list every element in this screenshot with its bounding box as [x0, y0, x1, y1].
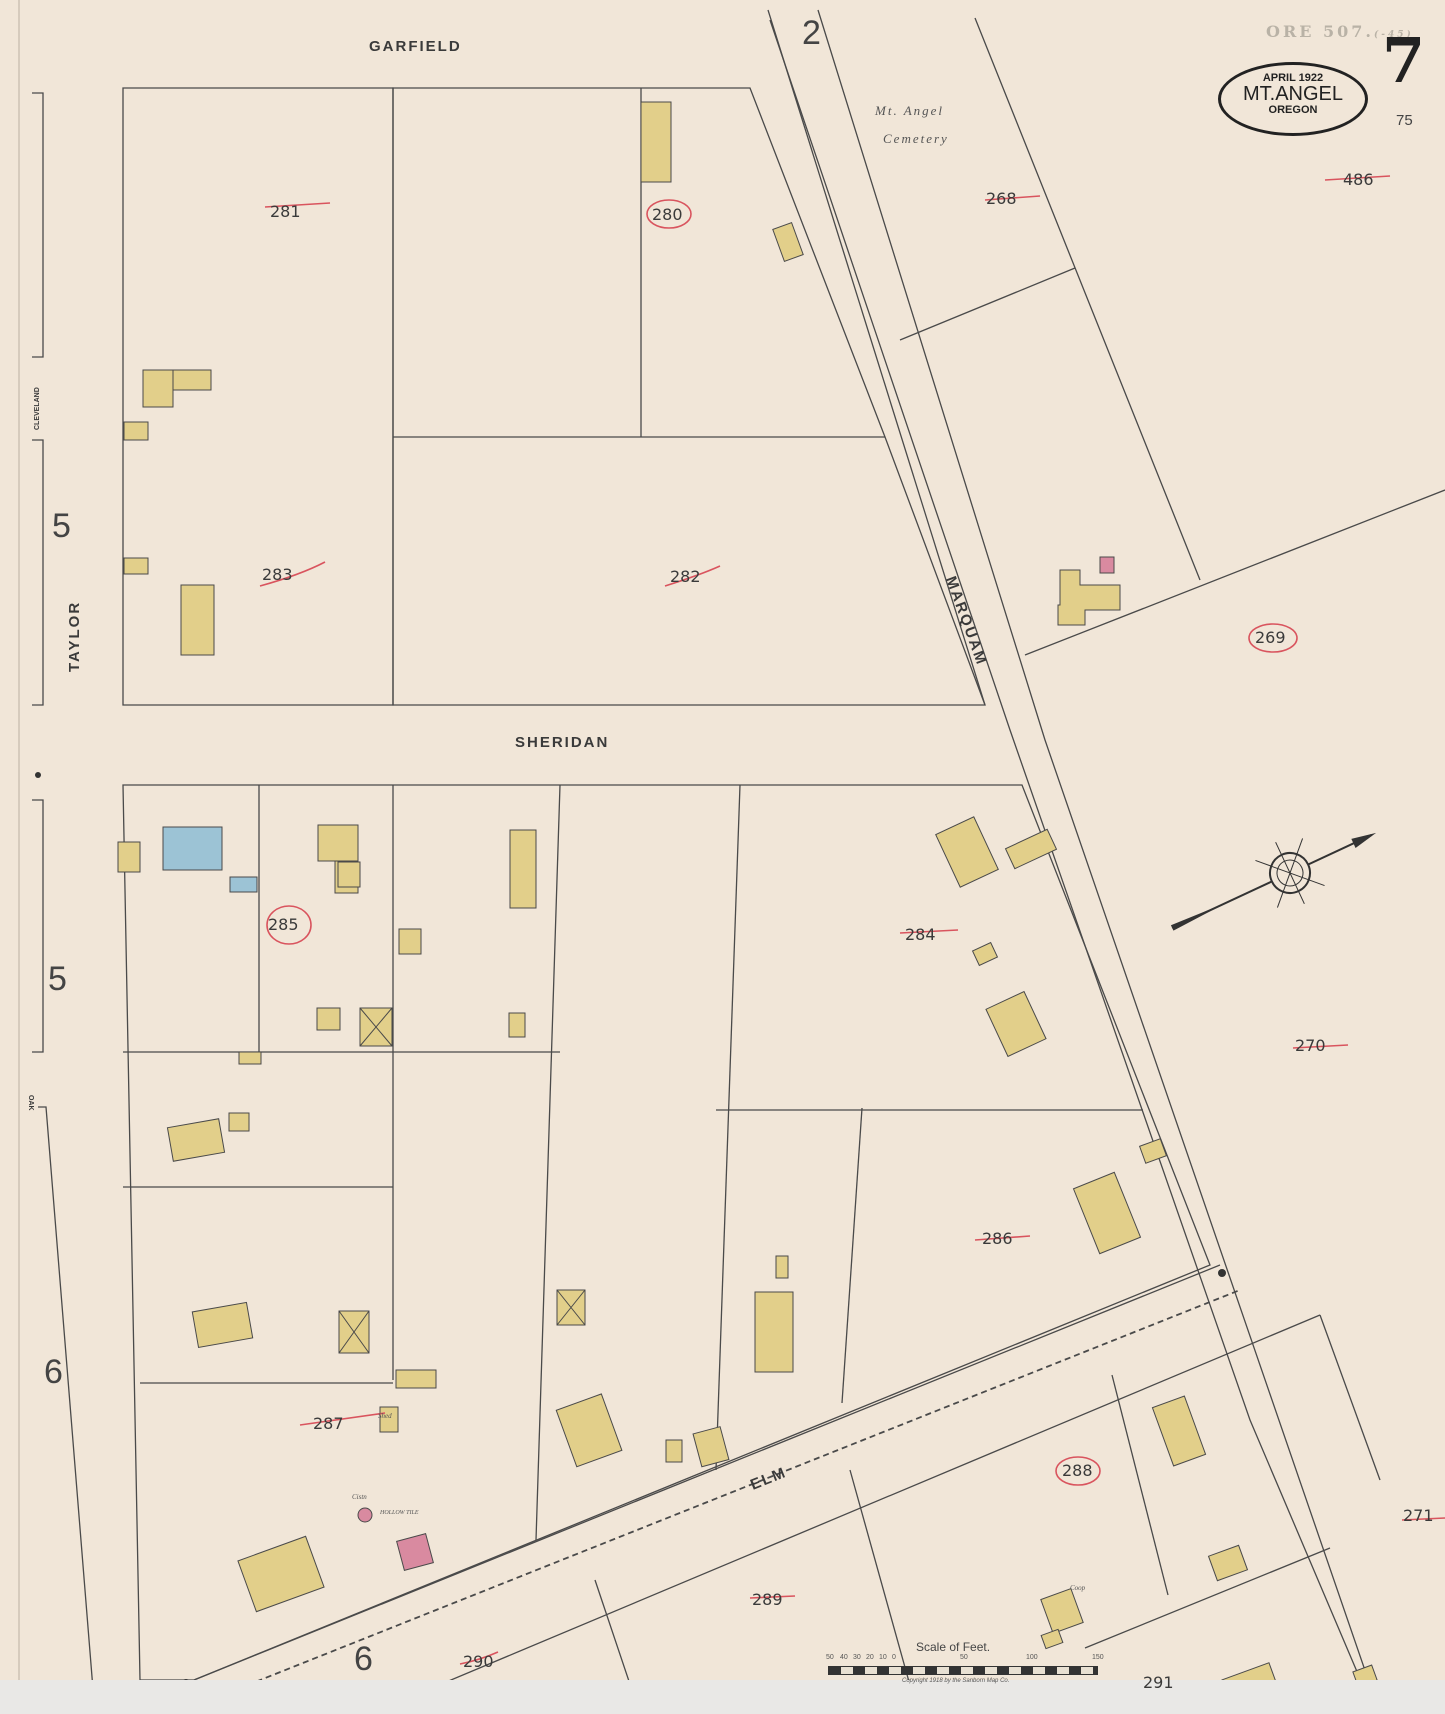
block-289[interactable]: 289 — [752, 1590, 783, 1609]
building — [1152, 1396, 1205, 1466]
cemetery-label-line2: Cemetery — [883, 131, 949, 147]
concrete-building — [163, 827, 222, 870]
brick-building — [397, 1534, 434, 1571]
street-garfield: GARFIELD — [369, 38, 462, 55]
street-taylor: TAYLOR — [66, 601, 83, 672]
copyright-note: Copyright 1918 by the Sanborn Map Co. — [902, 1678, 1009, 1684]
map-city: MT.ANGEL — [1221, 84, 1365, 104]
building — [143, 370, 173, 407]
building — [229, 1113, 249, 1131]
map-sheet: ORE 507.(-45) APRIL 1922 MT.ANGEL OREGON… — [0, 0, 1445, 1680]
scale-bar — [828, 1666, 1098, 1675]
block-290[interactable]: 290 — [463, 1652, 494, 1671]
building — [776, 1256, 788, 1278]
building — [986, 992, 1046, 1057]
block-286[interactable]: 286 — [982, 1229, 1013, 1248]
building — [167, 1119, 224, 1162]
building — [192, 1302, 252, 1347]
sheet-ref-2[interactable]: 2 — [802, 14, 821, 53]
block-271[interactable]: 271 — [1403, 1506, 1434, 1525]
shed-label: Shed — [378, 1412, 392, 1420]
sheet-ref-5-lower[interactable]: 5 — [48, 960, 67, 999]
block-283[interactable]: 283 — [262, 565, 293, 584]
block-285[interactable]: 285 — [268, 915, 299, 934]
building — [1041, 1589, 1083, 1634]
block-284[interactable]: 284 — [905, 925, 936, 944]
scale-of-feet: Scale of Feet. 50 40 30 20 10 0 50 100 1… — [826, 1640, 1126, 1680]
building — [973, 943, 998, 966]
coop-label: Coop — [1070, 1584, 1085, 1592]
building — [238, 1536, 324, 1611]
building — [1073, 1172, 1140, 1253]
map-drawing — [0, 0, 1445, 1680]
building — [317, 1008, 340, 1030]
building — [181, 585, 214, 655]
block-287[interactable]: 287 — [313, 1414, 344, 1433]
block-288[interactable]: 288 — [1062, 1461, 1093, 1480]
sheet-ref-5-upper[interactable]: 5 — [52, 507, 71, 546]
building — [509, 1013, 525, 1037]
cistern — [358, 1508, 372, 1522]
building — [239, 1052, 261, 1064]
hydrant-dot — [1218, 1269, 1226, 1277]
building — [124, 422, 148, 440]
brick-building — [1100, 557, 1114, 573]
building — [124, 558, 148, 574]
block-268[interactable]: 268 — [986, 189, 1017, 208]
building — [556, 1394, 622, 1467]
cemetery-label-line1: Mt. Angel — [875, 103, 944, 119]
building — [666, 1440, 682, 1462]
elm-south-line — [370, 1315, 1320, 1680]
building — [118, 842, 140, 872]
hollow-tile-label: HOLLOW TILE — [380, 1510, 419, 1516]
sheet-ref-6-left[interactable]: 6 — [44, 1353, 63, 1392]
building — [399, 929, 421, 954]
block-270[interactable]: 270 — [1295, 1036, 1326, 1055]
street-oak: OAK — [27, 1095, 34, 1111]
building — [510, 830, 536, 908]
cistern-label: Cistn — [352, 1493, 367, 1501]
building — [693, 1427, 729, 1467]
hydrant-dot — [35, 772, 41, 778]
block-269[interactable]: 269 — [1255, 628, 1286, 647]
block-282[interactable]: 282 — [670, 567, 701, 586]
sheet-ref-6-bottom[interactable]: 6 — [354, 1640, 373, 1679]
block-291[interactable]: 291 — [1143, 1673, 1174, 1692]
building — [396, 1370, 436, 1388]
scale-title: Scale of Feet. — [916, 1640, 990, 1654]
concrete-building — [230, 877, 257, 892]
sheet-number: 7 — [1382, 30, 1425, 92]
building — [1006, 829, 1057, 868]
building — [1353, 1665, 1377, 1680]
building — [1222, 1663, 1284, 1680]
building — [773, 223, 803, 262]
north-arrow-icon — [1158, 802, 1391, 959]
building — [936, 817, 999, 887]
marquam-east-line — [818, 10, 1380, 1680]
block-486[interactable]: 486 — [1343, 170, 1374, 189]
building — [1209, 1545, 1248, 1580]
street-cleveland: CLEVELAND — [34, 387, 41, 430]
block-280[interactable]: 280 — [652, 205, 683, 224]
street-sheridan: SHERIDAN — [515, 734, 609, 751]
building — [1058, 570, 1120, 625]
building — [318, 825, 358, 861]
block-281[interactable]: 281 — [270, 202, 301, 221]
title-cartouche: APRIL 1922 MT.ANGEL OREGON — [1218, 62, 1368, 136]
building — [338, 862, 360, 887]
block-outline-280-282 — [393, 88, 985, 705]
building — [755, 1292, 793, 1372]
map-state: OREGON — [1221, 104, 1365, 117]
building — [641, 102, 671, 182]
volume-number: 75 — [1396, 112, 1413, 129]
